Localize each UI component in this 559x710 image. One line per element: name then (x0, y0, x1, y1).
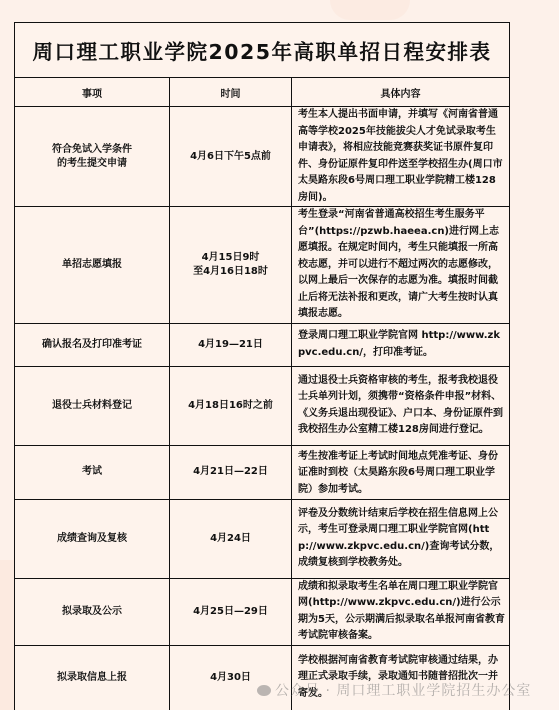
time-cell: 4月19—21日 (170, 323, 292, 366)
table-row: 考试 4月21日—22日 考生按准考证上考试时间地点凭准考证、身份证准时到校（太… (15, 445, 510, 499)
table-row: 拟录取及公示 4月25日—29日 成绩和拟录取考生名单在周口理工职业学院官网(h… (15, 578, 510, 645)
title-row: 周口理工职业学院2025年高职单招日程安排表 (15, 23, 510, 78)
watermark: 公众号 · 周口理工职业学院招生办公室 (257, 680, 531, 700)
column-header-detail: 具体内容 (292, 78, 510, 107)
watermark-text: 公众号 · 周口理工职业学院招生办公室 (275, 683, 531, 699)
table-row: 退役士兵材料登记 4月18日16时之前 通过退役士兵资格审核的考生，报考我校退役… (15, 366, 510, 445)
event-cell: 单招志愿填报 (15, 207, 170, 324)
time-value: 至4月16日18时 (170, 265, 291, 279)
time-value: 4月15日9时 (170, 251, 291, 265)
event-cell: 退役士兵材料登记 (15, 366, 170, 445)
table-row: 拟录取信息上报 4月30日 学校根据河南省教育考试院审核通过结果，办理正式录取手… (15, 645, 510, 710)
detail-cell: 成绩和拟录取考生名单在周口理工职业学院官网(http://www.zkpvc.e… (292, 578, 510, 645)
time-cell: 4月25日—29日 (170, 578, 292, 645)
detail-cell: 考生本人提出书面申请，并填写《河南省普通高等学校2025年技能拔尖人才免试录取考… (292, 107, 510, 207)
time-cell: 4月24日 (170, 499, 292, 578)
column-header-event: 事项 (15, 78, 170, 107)
table-row: 确认报名及打印准考证 4月19—21日 登录周口理工职业学院官网 http://… (15, 323, 510, 366)
time-cell: 4月21日—22日 (170, 445, 292, 499)
detail-cell: 学校根据河南省教育考试院审核通过结果，办理正式录取手续，录取通知书随普招批次一并… (292, 645, 510, 710)
time-cell: 4月15日9时 至4月16日18时 (170, 207, 292, 324)
column-header-time: 时间 (170, 78, 292, 107)
detail-cell: 通过退役士兵资格审核的考生，报考我校退役士兵单列计划，须携带“资格条件申报”材料… (292, 366, 510, 445)
time-cell: 4月6日下午5点前 (170, 107, 292, 207)
table-row: 符合免试入学条件 的考生提交申请 4月6日下午5点前 考生本人提出书面申请，并填… (15, 107, 510, 207)
header-row: 事项 时间 具体内容 (15, 78, 510, 107)
schedule-sheet: 周口理工职业学院2025年高职单招日程安排表 事项 时间 具体内容 符合免试入学… (14, 22, 509, 710)
detail-cell: 评卷及分数统计结束后学校在招生信息网上公示，考生可登录周口理工职业学院官网(ht… (292, 499, 510, 578)
event-label: 的考生提交申请 (15, 157, 169, 171)
event-label: 单招志愿填报 (15, 258, 169, 272)
event-cell: 成绩查询及复核 (15, 499, 170, 578)
detail-cell: 登录周口理工职业学院官网 http://www.zkpvc.edu.cn/，打印… (292, 323, 510, 366)
event-cell: 拟录取信息上报 (15, 645, 170, 710)
event-cell: 确认报名及打印准考证 (15, 323, 170, 366)
detail-cell: 考生按准考证上考试时间地点凭准考证、身份证准时到校（太昊路东段6号周口理工职业学… (292, 445, 510, 499)
table-row: 成绩查询及复核 4月24日 评卷及分数统计结束后学校在招生信息网上公示，考生可登… (15, 499, 510, 578)
table-row: 单招志愿填报 4月15日9时 至4月16日18时 考生登录“河南省普通高校招生考… (15, 207, 510, 324)
time-value: 4月6日下午5点前 (170, 150, 291, 164)
event-cell: 考试 (15, 445, 170, 499)
background-decoration (330, 0, 410, 20)
time-cell: 4月30日 (170, 645, 292, 710)
schedule-table: 周口理工职业学院2025年高职单招日程安排表 事项 时间 具体内容 符合免试入学… (14, 22, 510, 710)
wechat-icon (257, 685, 271, 696)
event-cell: 符合免试入学条件 的考生提交申请 (15, 107, 170, 207)
event-cell: 拟录取及公示 (15, 578, 170, 645)
event-label: 符合免试入学条件 (15, 143, 169, 157)
time-cell: 4月18日16时之前 (170, 366, 292, 445)
page-title: 周口理工职业学院2025年高职单招日程安排表 (15, 23, 510, 78)
detail-cell: 考生登录“河南省普通高校招生考生服务平台”(https://pzwb.haeea… (292, 207, 510, 324)
